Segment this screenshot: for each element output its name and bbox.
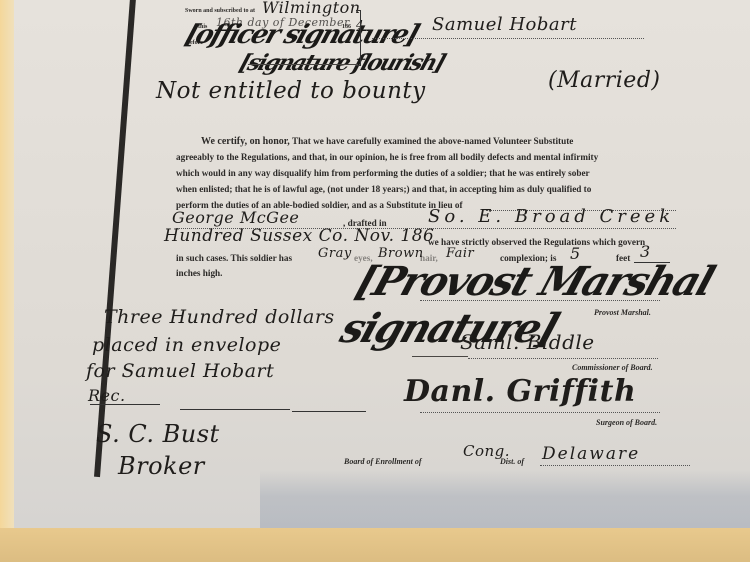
margin-note-line-1: Three Hundred dollars bbox=[104, 306, 335, 328]
broker-name: S. C. Bust bbox=[96, 420, 220, 448]
dist-of-label: Dist. of bbox=[500, 457, 524, 466]
state-name: Delaware bbox=[542, 444, 640, 464]
sworn-label: Sworn and subscribed to at bbox=[185, 8, 255, 14]
not-entitled-note: Not entitled to bounty bbox=[156, 78, 426, 104]
sworn-place: Wilmington bbox=[262, 0, 361, 17]
signature-line bbox=[372, 38, 644, 39]
drafted-in-location: So. E. Broad Creek bbox=[428, 206, 674, 227]
margin-note-line-3: for Samuel Hobart bbox=[86, 360, 274, 382]
cert-line-4: when enlisted; that he is of lawful age,… bbox=[176, 184, 591, 194]
oath-bracket bbox=[356, 10, 361, 66]
commissioner-signature: Saml. Biddle bbox=[460, 330, 595, 354]
cases-label: in such cases. This soldier has bbox=[176, 253, 292, 263]
margin-note-line-4: Rec. bbox=[88, 386, 126, 405]
cert-line-3: which would in any way disqualify him fr… bbox=[176, 168, 590, 178]
desk-edge bbox=[0, 528, 750, 562]
hundred-location: Hundred Sussex Co. Nov. 186 bbox=[164, 226, 434, 246]
cert-line-1: We certify, on honor, That we have caref… bbox=[201, 136, 573, 147]
board-label: Board of Enrollment of bbox=[344, 457, 422, 466]
broker-title: Broker bbox=[118, 452, 205, 480]
page-shadow bbox=[260, 470, 750, 528]
surgeon-signature: Danl. Griffith bbox=[404, 374, 636, 409]
marital-status-note: (Married) bbox=[548, 68, 660, 93]
provost-marshal-label: Provost Marshal. bbox=[594, 308, 651, 317]
eye-color: Gray bbox=[318, 246, 352, 261]
officer-signature: [officer signature] bbox=[181, 20, 422, 50]
margin-note-line-2: placed in envelope bbox=[92, 334, 281, 356]
substitute-signature: Samuel Hobart bbox=[432, 14, 577, 35]
in-lieu-of-name: George McGee bbox=[172, 208, 299, 227]
surgeon-label: Surgeon of Board. bbox=[596, 418, 657, 427]
oath-line bbox=[248, 64, 358, 65]
officer-signature-flourish: [signature flourish] bbox=[236, 50, 448, 76]
commissioner-label: Commissioner of Board. bbox=[572, 363, 653, 372]
cert-line-2: agreeably to the Regulations, and that, … bbox=[176, 152, 598, 162]
inches-label: inches high. bbox=[176, 268, 222, 278]
cert-lead: We certify, on honor, bbox=[201, 136, 290, 147]
